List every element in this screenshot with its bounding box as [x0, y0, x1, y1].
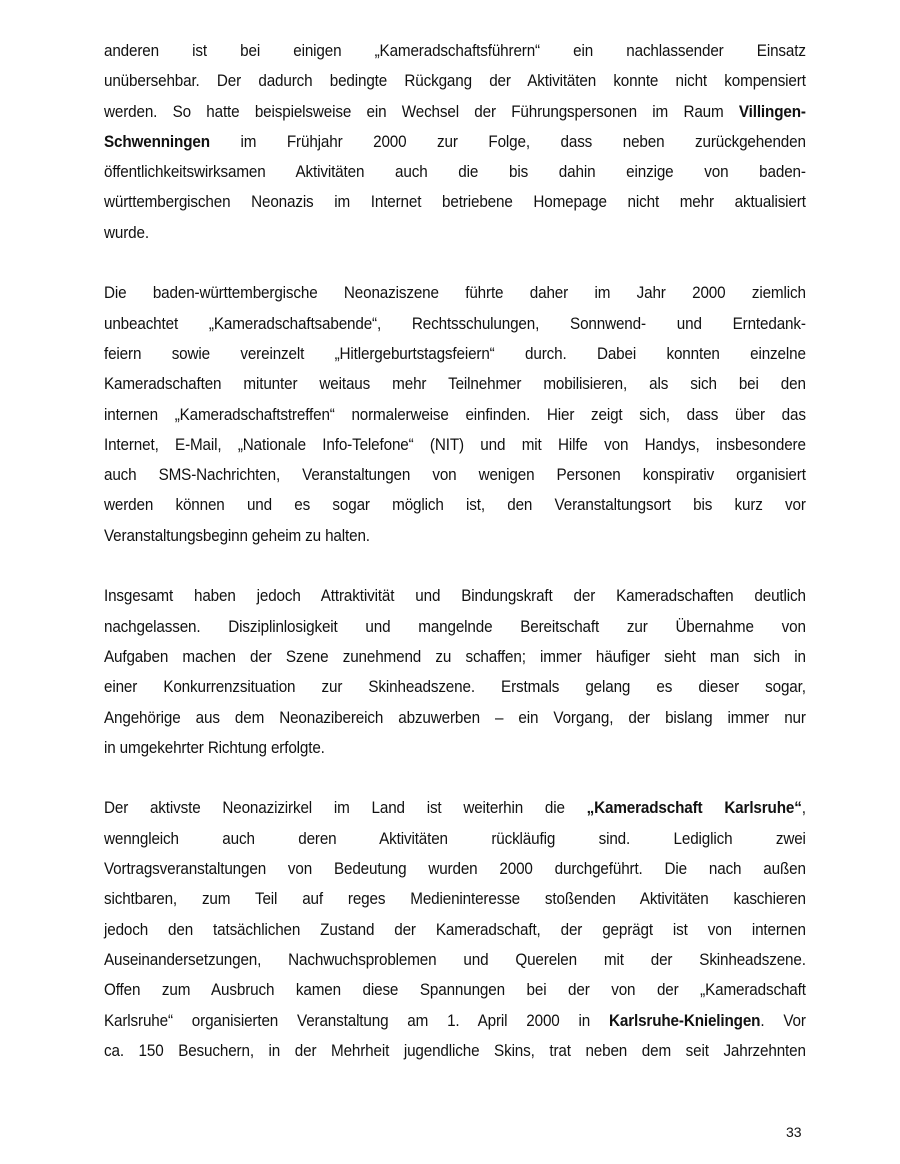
text-line: Der aktivste Neonazizirkel im Land ist w… — [104, 793, 806, 823]
text-segment: internen „Kameradschaftstreffen“ normale… — [104, 406, 806, 424]
text-line: Internet, E-Mail, „Nationale Info-Telefo… — [104, 430, 806, 460]
text-segment: wurde. — [104, 224, 149, 242]
text-segment: Aufgaben machen der Szene zunehmend zu s… — [104, 648, 806, 666]
bold-text: Schwenningen — [104, 133, 210, 151]
paragraph: Insgesamt haben jedoch Attraktivität und… — [104, 581, 806, 763]
bold-text: Villingen- — [739, 103, 806, 121]
text-segment: Insgesamt haben jedoch Attraktivität und… — [104, 587, 806, 605]
text-line: Auseinandersetzungen, Nachwuchsproblemen… — [104, 945, 806, 975]
text-line: Angehörige aus dem Neonazibereich abzuwe… — [104, 703, 806, 733]
text-segment: Angehörige aus dem Neonazibereich abzuwe… — [104, 709, 806, 727]
text-segment: Internet, E-Mail, „Nationale Info-Telefo… — [104, 436, 806, 454]
text-segment: im Frühjahr 2000 zur Folge, dass neben z… — [210, 133, 806, 151]
text-line: Aufgaben machen der Szene zunehmend zu s… — [104, 642, 806, 672]
text-line: sichtbaren, zum Teil auf reges Medienint… — [104, 884, 806, 914]
text-line: wurde. — [104, 218, 806, 248]
text-line: unbeachtet „Kameradschaftsabende“, Recht… — [104, 309, 806, 339]
text-line: Insgesamt haben jedoch Attraktivität und… — [104, 581, 806, 611]
text-segment: Veranstaltungsbeginn geheim zu halten. — [104, 527, 370, 545]
text-segment: einer Konkurrenzsituation zur Skinheadsz… — [104, 678, 806, 696]
text-segment: Kameradschaften mitunter weitaus mehr Te… — [104, 375, 806, 393]
text-line: Die baden-württembergische Neonaziszene … — [104, 278, 806, 308]
body-text: anderen ist bei einigen „Kameradschaftsf… — [104, 36, 806, 1096]
text-line: wenngleich auch deren Aktivitäten rücklä… — [104, 824, 806, 854]
page-number: 33 — [786, 1124, 802, 1140]
text-segment: werden können und es sogar möglich ist, … — [104, 496, 806, 514]
paragraph: anderen ist bei einigen „Kameradschaftsf… — [104, 36, 806, 248]
text-segment: wenngleich auch deren Aktivitäten rücklä… — [104, 830, 806, 848]
text-segment: Offen zum Ausbruch kamen diese Spannunge… — [104, 981, 806, 999]
text-segment: Auseinandersetzungen, Nachwuchsproblemen… — [104, 951, 806, 969]
text-line: feiern sowie vereinzelt „Hitlergeburtsta… — [104, 339, 806, 369]
document-page: anderen ist bei einigen „Kameradschaftsf… — [0, 0, 900, 1164]
text-line: anderen ist bei einigen „Kameradschaftsf… — [104, 36, 806, 66]
paragraph: Der aktivste Neonazizirkel im Land ist w… — [104, 793, 806, 1066]
text-line: unübersehbar. Der dadurch bedingte Rückg… — [104, 66, 806, 96]
text-segment: Der aktivste Neonazizirkel im Land ist w… — [104, 799, 587, 817]
text-segment: sichtbaren, zum Teil auf reges Medienint… — [104, 890, 806, 908]
text-segment: Karlsruhe“ organisierten Veranstaltung a… — [104, 1012, 609, 1030]
text-segment: württembergischen Neonazis im Internet b… — [104, 193, 806, 211]
text-segment: unbeachtet „Kameradschaftsabende“, Recht… — [104, 315, 806, 333]
paragraph: Die baden-württembergische Neonaziszene … — [104, 278, 806, 551]
text-line: einer Konkurrenzsituation zur Skinheadsz… — [104, 672, 806, 702]
text-segment: in umgekehrter Richtung erfolgte. — [104, 739, 325, 757]
text-line: Karlsruhe“ organisierten Veranstaltung a… — [104, 1006, 806, 1036]
text-segment: Die baden-württembergische Neonaziszene … — [104, 284, 806, 302]
text-line: Veranstaltungsbeginn geheim zu halten. — [104, 521, 806, 551]
text-segment: öffentlichkeitswirksamen Aktivitäten auc… — [104, 163, 806, 181]
bold-text: „Kameradschaft Karlsruhe“ — [587, 799, 802, 817]
bold-text: Karlsruhe-Knielingen — [609, 1012, 760, 1030]
text-line: Kameradschaften mitunter weitaus mehr Te… — [104, 369, 806, 399]
text-segment: feiern sowie vereinzelt „Hitlergeburtsta… — [104, 345, 806, 363]
text-segment: unübersehbar. Der dadurch bedingte Rückg… — [104, 72, 806, 90]
text-line: werden können und es sogar möglich ist, … — [104, 490, 806, 520]
text-line: württembergischen Neonazis im Internet b… — [104, 187, 806, 217]
text-segment: anderen ist bei einigen „Kameradschaftsf… — [104, 42, 806, 60]
text-line: nachgelassen. Disziplinlosigkeit und man… — [104, 612, 806, 642]
text-line: Offen zum Ausbruch kamen diese Spannunge… — [104, 975, 806, 1005]
text-line: Vortragsveranstaltungen von Bedeutung wu… — [104, 854, 806, 884]
text-segment: auch SMS-Nachrichten, Veranstaltungen vo… — [104, 466, 806, 484]
text-line: werden. So hatte beispielsweise ein Wech… — [104, 97, 806, 127]
text-segment: nachgelassen. Disziplinlosigkeit und man… — [104, 618, 806, 636]
text-line: internen „Kameradschaftstreffen“ normale… — [104, 400, 806, 430]
text-line: Schwenningen im Frühjahr 2000 zur Folge,… — [104, 127, 806, 157]
text-segment: , — [802, 799, 806, 817]
text-line: in umgekehrter Richtung erfolgte. — [104, 733, 806, 763]
text-segment: . Vor — [760, 1012, 805, 1030]
text-segment: Vortragsveranstaltungen von Bedeutung wu… — [104, 860, 806, 878]
text-line: jedoch den tatsächlichen Zustand der Kam… — [104, 915, 806, 945]
text-line: auch SMS-Nachrichten, Veranstaltungen vo… — [104, 460, 806, 490]
text-segment: ca. 150 Besuchern, in der Mehrheit jugen… — [104, 1042, 806, 1060]
text-segment: jedoch den tatsächlichen Zustand der Kam… — [104, 921, 806, 939]
text-line: ca. 150 Besuchern, in der Mehrheit jugen… — [104, 1036, 806, 1066]
text-segment: werden. So hatte beispielsweise ein Wech… — [104, 103, 739, 121]
text-line: öffentlichkeitswirksamen Aktivitäten auc… — [104, 157, 806, 187]
